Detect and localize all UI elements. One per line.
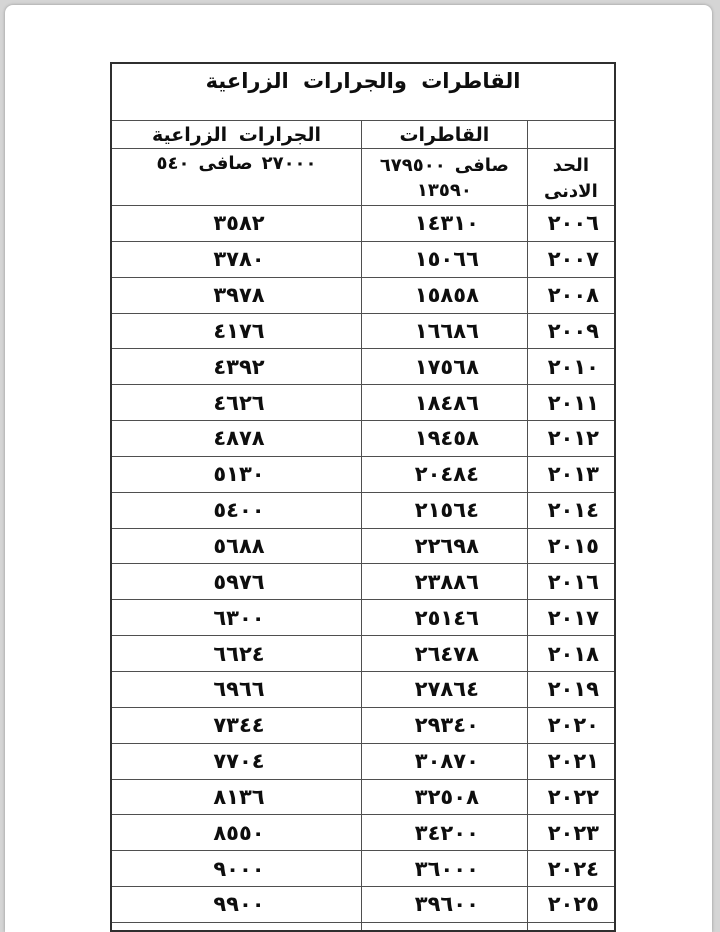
locomotives-value: ٣٠٨٧٠ bbox=[361, 744, 527, 779]
partial-next-row bbox=[112, 922, 614, 932]
table-row: ٣٧٨٠ ١٥٠٦٦ ٢٠٠٧ bbox=[112, 241, 614, 277]
year-value: ٢٠١٢ bbox=[527, 421, 614, 456]
tractors-value: ٨٥٥٠ bbox=[112, 815, 361, 850]
locomotives-value: ١٥٠٦٦ bbox=[361, 242, 527, 277]
year-value: ٢٠٠٨ bbox=[527, 278, 614, 313]
year-value: ٢٠٢٤ bbox=[527, 851, 614, 886]
tractors-gross-value: ٢٧٠٠٠ bbox=[262, 153, 317, 174]
locomotives-value: ٣٤٢٠٠ bbox=[361, 815, 527, 850]
tractors-value: ٥٦٨٨ bbox=[112, 529, 361, 564]
locomotives-value: ١٥٨٥٨ bbox=[361, 278, 527, 313]
table-row: ٨١٣٦ ٣٢٥٠٨ ٢٠٢٢ bbox=[112, 779, 614, 815]
locomotives-value: ٣٦٠٠٠ bbox=[361, 851, 527, 886]
table-row: ٤٦٢٦ ١٨٤٨٦ ٢٠١١ bbox=[112, 384, 614, 420]
min-limit-label-line2: الادنى bbox=[544, 179, 598, 205]
tractors-value: ٤٣٩٢ bbox=[112, 349, 361, 384]
locomotives-net-word: صافى bbox=[455, 153, 509, 178]
locomotives-gross-value: ٦٧٩٥٠٠ bbox=[380, 153, 446, 178]
year-value: ٢٠١٩ bbox=[527, 672, 614, 707]
locomotives-value: ١٤٣١٠ bbox=[361, 206, 527, 241]
locomotives-value: ٢٦٤٧٨ bbox=[361, 636, 527, 671]
year-value: ٢٠١١ bbox=[527, 385, 614, 420]
tractors-value: ٥٩٧٦ bbox=[112, 564, 361, 599]
year-value: ٢٠٢٣ bbox=[527, 815, 614, 850]
year-value: ٢٠١٧ bbox=[527, 600, 614, 635]
locomotives-value: ٢٧٨٦٤ bbox=[361, 672, 527, 707]
locomotives-value: ١٦٦٨٦ bbox=[361, 314, 527, 349]
table-row: ٦٣٠٠ ٢٥١٤٦ ٢٠١٧ bbox=[112, 599, 614, 635]
year-value: ٢٠١٣ bbox=[527, 457, 614, 492]
year-value: ٢٠١٠ bbox=[527, 349, 614, 384]
tractors-value: ٦٦٢٤ bbox=[112, 636, 361, 671]
table-row: ٣٩٧٨ ١٥٨٥٨ ٢٠٠٨ bbox=[112, 277, 614, 313]
table-row: ٤٨٧٨ ١٩٤٥٨ ٢٠١٢ bbox=[112, 420, 614, 456]
locomotives-value: ٢٠٤٨٤ bbox=[361, 457, 527, 492]
tractors-value: ٣٩٧٨ bbox=[112, 278, 361, 313]
year-value: ٢٠٠٦ bbox=[527, 206, 614, 241]
tractors-net-word: صافى bbox=[198, 153, 252, 174]
year-value: ٢٠٠٩ bbox=[527, 314, 614, 349]
tractors-value: ٩٩٠٠ bbox=[112, 887, 361, 922]
table-row: ٣٥٨٢ ١٤٣١٠ ٢٠٠٦ bbox=[112, 205, 614, 241]
locomotives-value: ١٩٤٥٨ bbox=[361, 421, 527, 456]
tractors-value: ٦٣٠٠ bbox=[112, 600, 361, 635]
rates-table: القاطرات والجرارات الزراعية الجرارات الز… bbox=[110, 62, 616, 932]
tractors-value: ٥١٣٠ bbox=[112, 457, 361, 492]
tractors-base-rate: ٥٤٠ صافى ٢٧٠٠٠ bbox=[112, 149, 361, 205]
table-row: ٩٠٠٠ ٣٦٠٠٠ ٢٠٢٤ bbox=[112, 850, 614, 886]
tractors-value: ٤٨٧٨ bbox=[112, 421, 361, 456]
base-rate-row: ٥٤٠ صافى ٢٧٠٠٠ ٦٧٩٥٠٠ صافى ١٣٥٩٠ bbox=[112, 148, 614, 205]
year-value: ٢٠٠٧ bbox=[527, 242, 614, 277]
locomotives-value: ٢١٥٦٤ bbox=[361, 493, 527, 528]
year-value: ٢٠٢٠ bbox=[527, 708, 614, 743]
year-value: ٢٠١٤ bbox=[527, 493, 614, 528]
table-row: ٧٣٤٤ ٢٩٣٤٠ ٢٠٢٠ bbox=[112, 707, 614, 743]
table-row: ٨٥٥٠ ٣٤٢٠٠ ٢٠٢٣ bbox=[112, 814, 614, 850]
column-header-tractors: الجرارات الزراعية bbox=[112, 121, 361, 148]
table-row: ٦٦٢٤ ٢٦٤٧٨ ٢٠١٨ bbox=[112, 635, 614, 671]
year-value: ٢٠٢٢ bbox=[527, 780, 614, 815]
tractors-value: ٤١٧٦ bbox=[112, 314, 361, 349]
column-header-locomotives: القاطرات bbox=[361, 121, 527, 148]
locomotives-value: ٢٢٦٩٨ bbox=[361, 529, 527, 564]
min-limit-cell: الحد الادنى bbox=[527, 149, 614, 205]
table-row: ٥٦٨٨ ٢٢٦٩٨ ٢٠١٥ bbox=[112, 528, 614, 564]
tractors-value: ٥٤٠٠ bbox=[112, 493, 361, 528]
locomotives-value: ٢٣٨٨٦ bbox=[361, 564, 527, 599]
table-row: ٦٩٦٦ ٢٧٨٦٤ ٢٠١٩ bbox=[112, 671, 614, 707]
table-body: ٣٥٨٢ ١٤٣١٠ ٢٠٠٦ ٣٧٨٠ ١٥٠٦٦ ٢٠٠٧ ٣٩٧٨ ١٥٨… bbox=[112, 205, 614, 922]
year-value: ٢٠١٥ bbox=[527, 529, 614, 564]
year-value: ٢٠٢٥ bbox=[527, 887, 614, 922]
tractors-value: ٧٣٤٤ bbox=[112, 708, 361, 743]
tractors-value: ٣٥٨٢ bbox=[112, 206, 361, 241]
min-limit-label-line1: الحد bbox=[553, 153, 589, 179]
locomotives-value: ١٨٤٨٦ bbox=[361, 385, 527, 420]
year-value: ٢٠١٦ bbox=[527, 564, 614, 599]
tractors-value: ٨١٣٦ bbox=[112, 780, 361, 815]
year-value: ٢٠٢١ bbox=[527, 744, 614, 779]
scan-background: القاطرات والجرارات الزراعية الجرارات الز… bbox=[0, 0, 720, 932]
table-row: ٩٩٠٠ ٣٩٦٠٠ ٢٠٢٥ bbox=[112, 886, 614, 922]
table-row: ٤٣٩٢ ١٧٥٦٨ ٢٠١٠ bbox=[112, 348, 614, 384]
table-row: ٧٧٠٤ ٣٠٨٧٠ ٢٠٢١ bbox=[112, 743, 614, 779]
locomotives-base-rate: ٦٧٩٥٠٠ صافى ١٣٥٩٠ bbox=[361, 149, 527, 205]
tractors-value: ٩٠٠٠ bbox=[112, 851, 361, 886]
year-value: ٢٠١٨ bbox=[527, 636, 614, 671]
tractors-value: ٣٧٨٠ bbox=[112, 242, 361, 277]
locomotives-value: ٢٥١٤٦ bbox=[361, 600, 527, 635]
locomotives-value: ٣٩٦٠٠ bbox=[361, 887, 527, 922]
locomotives-value: ٢٩٣٤٠ bbox=[361, 708, 527, 743]
document-page: القاطرات والجرارات الزراعية الجرارات الز… bbox=[5, 5, 712, 932]
tractors-value: ٦٩٦٦ bbox=[112, 672, 361, 707]
table-row: ٥٩٧٦ ٢٣٨٨٦ ٢٠١٦ bbox=[112, 563, 614, 599]
tractors-value: ٤٦٢٦ bbox=[112, 385, 361, 420]
column-header-empty bbox=[527, 121, 614, 148]
tractors-value: ٧٧٠٤ bbox=[112, 744, 361, 779]
table-row: ٥٤٠٠ ٢١٥٦٤ ٢٠١٤ bbox=[112, 492, 614, 528]
table-title: القاطرات والجرارات الزراعية bbox=[112, 64, 614, 120]
locomotives-net-value: ١٣٥٩٠ bbox=[417, 178, 472, 203]
locomotives-value: ١٧٥٦٨ bbox=[361, 349, 527, 384]
table-row: ٥١٣٠ ٢٠٤٨٤ ٢٠١٣ bbox=[112, 456, 614, 492]
locomotives-value: ٣٢٥٠٨ bbox=[361, 780, 527, 815]
tractors-net-value: ٥٤٠ bbox=[156, 153, 189, 174]
column-header-row: الجرارات الزراعية القاطرات bbox=[112, 120, 614, 148]
table-row: ٤١٧٦ ١٦٦٨٦ ٢٠٠٩ bbox=[112, 313, 614, 349]
